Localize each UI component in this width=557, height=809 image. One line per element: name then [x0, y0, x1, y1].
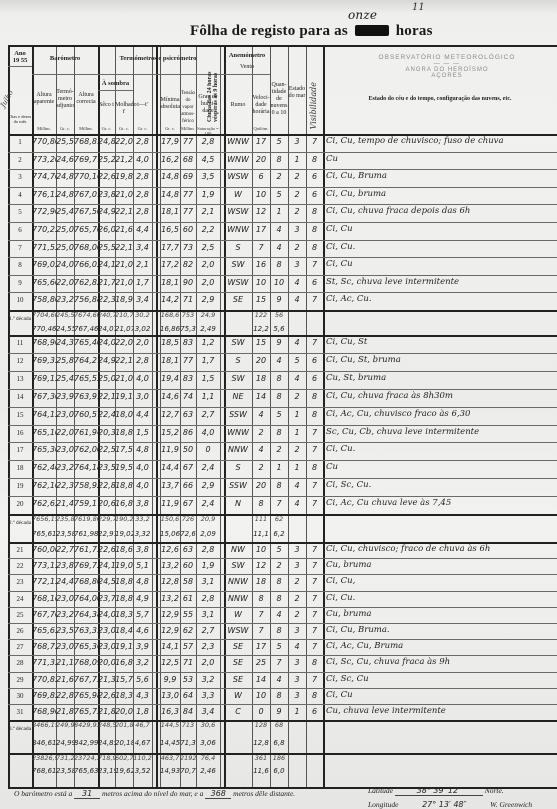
sky-condition: Ci, Cu, St, bruma: [326, 355, 554, 365]
day-number: 24: [8, 595, 32, 603]
stamp-line: OBSERVATÓRIO METEOROLÓGICO: [362, 54, 532, 61]
cell-rumo: N: [224, 499, 252, 508]
cell-molh: 18,6: [115, 545, 133, 554]
cell-term: 22,7: [56, 545, 74, 554]
cell-seco: 23,5: [98, 463, 115, 472]
cell-alt-cor: 768,00: [74, 243, 98, 252]
cell-dif: 5,7: [133, 610, 152, 619]
cell-dif: 3,9: [133, 642, 152, 651]
cell-alt-ap: 769,35: [32, 356, 56, 365]
cell-term: 23,9: [56, 392, 74, 401]
cell-tens: 19,4: [160, 374, 180, 383]
cell-mar: 1: [288, 155, 306, 164]
decade-sum-tens: 150,6: [160, 515, 180, 523]
cell-alt-ap: 765,65: [32, 626, 56, 635]
decade-mean-grau: 71,3: [180, 739, 196, 747]
cell-alt-cor: 761,94: [74, 428, 98, 437]
column-rule: [152, 47, 153, 787]
cell-grau: 66: [180, 481, 196, 490]
cell-vis: 7: [306, 338, 323, 347]
cell-vis: 8: [306, 207, 323, 216]
cell-vel: 10: [252, 278, 270, 287]
cell-nuv: 4: [270, 356, 288, 365]
cell-molh: 16,8: [115, 658, 133, 667]
cell-term: 23,5: [56, 626, 74, 635]
cell-alt-ap: 762,65: [32, 499, 56, 508]
cell-alt-ap: 758,80: [32, 295, 56, 304]
cell-mar: 3: [288, 658, 306, 667]
sky-condition: Ci, Cu,: [326, 576, 554, 586]
cell-seco: 21,7: [98, 278, 115, 287]
row-rule: [8, 639, 557, 640]
row-rule: [8, 558, 557, 559]
cell-term: 23,0: [56, 445, 74, 454]
cell-grau: 55: [180, 610, 196, 619]
decade-sum-seco: 248,5: [98, 721, 115, 729]
cell-vel: 17: [252, 225, 270, 234]
cell-grau: 83: [180, 338, 196, 347]
sky-condition: Ci, Ac, Cu, Bruma: [326, 641, 554, 651]
title-suffix: horas: [396, 23, 433, 39]
month-sum-alt-cor: 23724,33: [74, 754, 98, 762]
cell-vel: 8: [252, 499, 270, 508]
cell-vis: 8: [306, 658, 323, 667]
cell-rumo: WSW: [224, 207, 252, 216]
cell-vel: 2: [252, 428, 270, 437]
cell-dif: 3,4: [133, 295, 152, 304]
decade-sum-molh: 201,8: [115, 721, 133, 729]
cell-vel: 4: [252, 410, 270, 419]
decade-mean-term: 23,58: [56, 530, 74, 538]
cell-tens: 11,9: [160, 445, 180, 454]
cell-seco: 26,0: [98, 225, 115, 234]
col-t-diff: t—t': [133, 102, 152, 109]
day-number: 7: [8, 244, 32, 252]
day-number: 22: [8, 562, 32, 570]
day-number: 10: [8, 296, 32, 304]
cell-tens: 12,5: [160, 658, 180, 667]
cell-term: 22,0: [56, 428, 74, 437]
month-sum-chuva: 76,4: [196, 754, 220, 762]
page-number: 11: [412, 2, 425, 13]
cell-seco: 24,9: [98, 356, 115, 365]
decade-sum-chuva: 20,9: [196, 515, 220, 523]
sky-condition: Ci, Sc, Cu, chuva fraca às 9h: [326, 657, 554, 667]
cell-rumo: NNW: [224, 577, 252, 586]
cell-dif: 4,0: [133, 155, 152, 164]
cell-term: 21,6: [56, 675, 74, 684]
cell-vis: 8: [306, 463, 323, 472]
col-quantidade-nuvens: Quan-tidade de nuvens 0 a 10: [270, 82, 288, 117]
month-sum-grau: 2192: [180, 754, 196, 762]
cell-seco: 24,0: [98, 338, 115, 347]
cell-alt-ap: 768,10: [32, 594, 56, 603]
cell-term: 22,8: [56, 691, 74, 700]
sky-condition: Ci, Sc, Cu: [326, 674, 554, 684]
cell-term: 24,8: [56, 172, 74, 181]
month-sum-nuv: 186: [270, 754, 288, 762]
cell-mar: 2: [288, 577, 306, 586]
cell-alt-cor: 761,75: [74, 545, 98, 554]
cell-term: 23,0: [56, 594, 74, 603]
cell-chuva: 2,7: [196, 626, 220, 635]
cell-nuv: 2: [270, 172, 288, 181]
decade-mean-seco: 24,07: [98, 325, 115, 333]
cell-rumo: SSW: [224, 410, 252, 419]
row-rule: [224, 74, 270, 75]
cell-alt-cor: 768,81: [74, 137, 98, 146]
month-mean-dif: 3,52: [133, 767, 152, 775]
longitude-label: Longitude: [368, 800, 398, 809]
row-rule: [8, 152, 557, 153]
cell-term: 24,6: [56, 155, 74, 164]
cell-vel: 18: [252, 374, 270, 383]
cell-rumo: W: [224, 610, 252, 619]
year-label: Ano: [8, 50, 32, 57]
cell-mar: 3: [288, 675, 306, 684]
cell-chuva: 3,1: [196, 610, 220, 619]
cell-nuv: 7: [270, 658, 288, 667]
cell-alt-cor: 760,57: [74, 410, 98, 419]
cell-term: 24,8: [56, 190, 74, 199]
sky-condition: Ci, Cu.: [326, 444, 554, 454]
visibility-header-handwritten: Visibilidade: [309, 82, 318, 129]
row-rule: [8, 688, 557, 689]
cell-molh: 18,8: [115, 481, 133, 490]
cell-tens: 14,8: [160, 172, 180, 181]
sky-condition: Ci, Cu, Bruma.: [326, 625, 554, 635]
cell-dif: 1,5: [133, 428, 152, 437]
cell-vel: 15: [252, 338, 270, 347]
cell-rumo: SW: [224, 561, 252, 570]
cell-tens: 17,2: [160, 260, 180, 269]
day-number: 15: [8, 411, 32, 419]
cell-chuva: 2,0: [196, 278, 220, 287]
row-rule: [8, 257, 557, 258]
sky-condition: Sc, Cu, Cb, chuva leve intermitente: [326, 427, 554, 437]
sky-condition: Ci, Cu, chuva fraca depois das 6h: [326, 206, 554, 216]
cell-term: 24,4: [56, 577, 74, 586]
decade-mean-tens: 16,86: [160, 325, 180, 333]
cell-chuva: 3,2: [196, 675, 220, 684]
cell-alt-cor: 766,03: [74, 260, 98, 269]
cell-vis: 7: [306, 445, 323, 454]
cell-alt-cor: 765,40: [74, 338, 98, 347]
cell-alt-ap: 769,05: [32, 260, 56, 269]
cell-dif: 4,0: [133, 374, 152, 383]
cell-tens: 12,6: [160, 545, 180, 554]
cell-nuv: 1: [270, 207, 288, 216]
cell-mar: 2: [288, 610, 306, 619]
cell-alt-ap: 762,40: [32, 463, 56, 472]
cell-seco: 23,8: [98, 190, 115, 199]
decade-sum-alt-cor: 7619,80: [74, 515, 98, 523]
cell-vis: 7: [306, 561, 323, 570]
decade-sum-alt-cor: 8429,93: [74, 721, 98, 729]
month-mean-alt-cor: 765,63: [74, 767, 98, 775]
cell-chuva: 2,3: [196, 642, 220, 651]
cell-molh: 21,6: [115, 225, 133, 234]
row-rule: [98, 74, 224, 75]
longitude-value: 27° 13′ 48″: [400, 800, 488, 809]
cell-seco: 22,6: [98, 545, 115, 554]
row-rule: [8, 478, 557, 479]
cell-molh: 21,0: [115, 190, 133, 199]
cell-vel: 17: [252, 642, 270, 651]
day-number: 12: [8, 357, 32, 365]
cell-chuva: 2,8: [196, 594, 220, 603]
cell-grau: 64: [180, 691, 196, 700]
cell-alt-ap: 765,10: [32, 428, 56, 437]
cell-nuv: 5: [270, 137, 288, 146]
cell-nuv: 7: [270, 499, 288, 508]
row-rule: [8, 407, 557, 408]
day-number: 5: [8, 208, 32, 216]
cell-alt-ap: 767,30: [32, 392, 56, 401]
day-number: 14: [8, 393, 32, 401]
month-sum-vel: 361: [252, 754, 270, 762]
cell-mar: 1: [288, 463, 306, 472]
sky-condition: Ci, Cu: [326, 259, 554, 269]
sky-condition: Cu: [326, 462, 554, 472]
cell-molh: 20,0: [115, 707, 133, 716]
cell-vel: 12: [252, 561, 270, 570]
cell-chuva: 2,1: [196, 207, 220, 216]
cell-term: 24,3: [56, 338, 74, 347]
cell-chuva: 3,4: [196, 707, 220, 716]
cell-vel: 0: [252, 707, 270, 716]
cell-seco: 22,8: [98, 481, 115, 490]
cell-rumo: SE: [224, 675, 252, 684]
month-sum-term: 731,2: [56, 754, 74, 762]
col-velocidade: Veloci-dade horária: [252, 95, 270, 116]
row-rule: [8, 460, 557, 461]
cell-tens: 18,1: [160, 207, 180, 216]
cell-seco: 23,0: [98, 642, 115, 651]
decade-sum-vel: 128: [252, 721, 270, 729]
cell-alt-cor: 763,91: [74, 392, 98, 401]
col-altura-correcta: Altura correcta: [74, 92, 98, 106]
stamp-line: AÇORES: [362, 73, 532, 79]
cell-vis: 7: [306, 295, 323, 304]
cell-grau: 77: [180, 356, 196, 365]
cell-term: 22,3: [56, 481, 74, 490]
cell-term: 23,0: [56, 410, 74, 419]
cell-nuv: 8: [270, 374, 288, 383]
row-rule: [8, 240, 557, 241]
cell-alt-ap: 765,60: [32, 278, 56, 287]
month-mean-seco: 23,19: [98, 767, 115, 775]
sky-condition: Ci, Cu.: [326, 593, 554, 603]
cell-vel: 17: [252, 137, 270, 146]
cell-tens: 13,7: [160, 481, 180, 490]
cell-dif: 4,0: [133, 481, 152, 490]
cell-rumo: NNW: [224, 445, 252, 454]
month-mean-grau: 70,7: [180, 767, 196, 775]
cell-rumo: WNW: [224, 428, 252, 437]
barometer-distance: 368: [205, 789, 231, 799]
decade-mean-term: 24,99: [56, 739, 74, 747]
unit-label: Millim.: [32, 126, 56, 131]
cell-grau: 86: [180, 428, 196, 437]
cell-vis: 7: [306, 594, 323, 603]
cell-grau: 58: [180, 577, 196, 586]
cell-rumo: WNW: [224, 225, 252, 234]
cell-tens: 17,9: [160, 137, 180, 146]
cell-vis: 7: [306, 260, 323, 269]
day-number: 18: [8, 464, 32, 472]
sky-condition: Cu, chuva leve intermitente: [326, 706, 554, 716]
cell-term: 23,2: [56, 610, 74, 619]
cell-molh: 18,4: [115, 626, 133, 635]
decade-sum-alt-ap: 8466,15: [32, 721, 56, 729]
cell-rumo: SW: [224, 374, 252, 383]
cell-molh: 17,5: [115, 445, 133, 454]
cell-rumo: WNW: [224, 137, 252, 146]
col-estado-mar: Estado do mar: [288, 86, 306, 100]
barometer-note: O barómetro está a 31 metros acima do ní…: [14, 789, 295, 799]
cell-vis: 6: [306, 172, 323, 181]
cell-grau: 83: [180, 374, 196, 383]
cell-vis: 6: [306, 707, 323, 716]
register-sheet: 11 Fôlha de registo para as horas onze A…: [0, 0, 557, 809]
cell-seco: 21,3: [98, 675, 115, 684]
cell-grau: 77: [180, 190, 196, 199]
sky-condition: Cu, St, bruma: [326, 373, 554, 383]
row-rule: [8, 66, 32, 67]
cell-alt-ap: 764,15: [32, 410, 56, 419]
month-sum-alt-ap: 23826,90: [32, 754, 56, 762]
cell-mar: 1: [288, 707, 306, 716]
cell-alt-cor: 763,31: [74, 626, 98, 635]
cell-mar: 3: [288, 137, 306, 146]
page-title: Fôlha de registo para as horas onze: [190, 23, 433, 40]
cell-seco: 24,1: [98, 561, 115, 570]
row-rule: [8, 275, 557, 276]
decade-mean-grau: 72,6: [180, 530, 196, 538]
decade-mean-nuv: 6,2: [270, 530, 288, 538]
cell-rumo: SE: [224, 642, 252, 651]
decade-mean-chuva: 3,06: [196, 739, 220, 747]
cell-dif: 5,6: [133, 675, 152, 684]
cell-grau: 53: [180, 675, 196, 684]
day-number: 21: [8, 546, 32, 554]
cell-vel: 10: [252, 545, 270, 554]
day-number: 19: [8, 482, 32, 490]
cell-chuva: 1,9: [196, 561, 220, 570]
row-rule: [8, 442, 557, 443]
cell-vel: 7: [252, 626, 270, 635]
cell-alt-ap: 767,70: [32, 610, 56, 619]
cell-tens: 14,2: [160, 295, 180, 304]
cell-tens: 11,9: [160, 499, 180, 508]
cell-term: 25,0: [56, 225, 74, 234]
cell-nuv: 8: [270, 260, 288, 269]
cell-alt-ap: 760,00: [32, 545, 56, 554]
cell-chuva: 3,3: [196, 691, 220, 700]
cell-grau: 60: [180, 225, 196, 234]
cell-seco: 20,6: [98, 499, 115, 508]
day-number: 2: [8, 156, 32, 164]
column-rule: [323, 47, 325, 787]
cell-vel: 15: [252, 295, 270, 304]
cell-mar: 2: [288, 445, 306, 454]
cell-chuva: 1,1: [196, 392, 220, 401]
cell-nuv: 8: [270, 428, 288, 437]
cell-tens: 18,5: [160, 338, 180, 347]
month-sum-dif: 110,2: [133, 754, 152, 762]
decade-mean-alt-ap: 846,615: [32, 739, 56, 747]
cell-seco: 24,8: [98, 137, 115, 146]
anemometer-group-label: Anemómetro: [224, 52, 270, 59]
cell-dif: 4,6: [133, 626, 152, 635]
title-prefix: Fôlha de registo para as: [190, 23, 348, 39]
cell-dif: 4,0: [133, 463, 152, 472]
cell-vis: 7: [306, 577, 323, 586]
decade-sum-term: 249,9: [56, 721, 74, 729]
cell-term: 25,8: [56, 356, 74, 365]
cell-dif: 2,1: [133, 260, 152, 269]
cell-tens: 14,8: [160, 190, 180, 199]
sky-condition: Ci, Cu: [326, 690, 554, 700]
cell-dif: 2,8: [133, 190, 152, 199]
sky-condition: Ci, Ac, Cu.: [326, 294, 554, 304]
cell-dif: 3,4: [133, 243, 152, 252]
decade-mean-dif: 3,02: [133, 325, 152, 333]
cell-rumo: SE: [224, 295, 252, 304]
cell-alt-ap: 772,90: [32, 207, 56, 216]
cell-vis: 7: [306, 610, 323, 619]
cell-seco: 24,0: [98, 610, 115, 619]
decade-mean-term: 24,55: [56, 325, 74, 333]
cell-dif: 4,9: [133, 594, 152, 603]
month-mean-alt-ap: 768,61: [32, 767, 56, 775]
cell-grau: 71: [180, 295, 196, 304]
cell-grau: 77: [180, 137, 196, 146]
cell-tens: 12,7: [160, 410, 180, 419]
cell-seco: 22,6: [98, 691, 115, 700]
day-number: 3: [8, 173, 32, 181]
cell-mar: 4: [288, 642, 306, 651]
cell-nuv: 4: [270, 610, 288, 619]
cell-dif: 4,4: [133, 225, 152, 234]
decade-sum-tens: 168,6: [160, 311, 180, 319]
cell-dif: 3,2: [133, 658, 152, 667]
cell-term: 21,8: [56, 707, 74, 716]
observatory-stamp: OBSERVATÓRIO METEOROLÓGICO — — — ANGRA D…: [362, 54, 532, 94]
cell-nuv: 9: [270, 338, 288, 347]
cell-term: 23,8: [56, 561, 74, 570]
cell-term: 25,4: [56, 207, 74, 216]
day-number: 1: [8, 138, 32, 146]
cell-chuva: 2,7: [196, 410, 220, 419]
cell-term: 25,0: [56, 243, 74, 252]
cell-alt-ap: 771,55: [32, 243, 56, 252]
sky-condition: Cu, bruma: [326, 560, 554, 570]
cell-rumo: WNW: [224, 155, 252, 164]
cell-alt-cor: 762,82: [74, 278, 98, 287]
cell-molh: 18,3: [115, 610, 133, 619]
decade-mean-vel: 11,1: [252, 530, 270, 538]
decade-sum-grau: 753: [180, 311, 196, 319]
decade-sum-grau: 713: [180, 721, 196, 729]
sky-condition: Ci, Cu: [326, 224, 554, 234]
decade-label: 1.ª década: [8, 316, 32, 323]
month-sum-seco: 718,9: [98, 754, 115, 762]
cell-molh: 22,1: [115, 243, 133, 252]
cell-vis: 7: [306, 642, 323, 651]
cell-grau: 67: [180, 499, 196, 508]
